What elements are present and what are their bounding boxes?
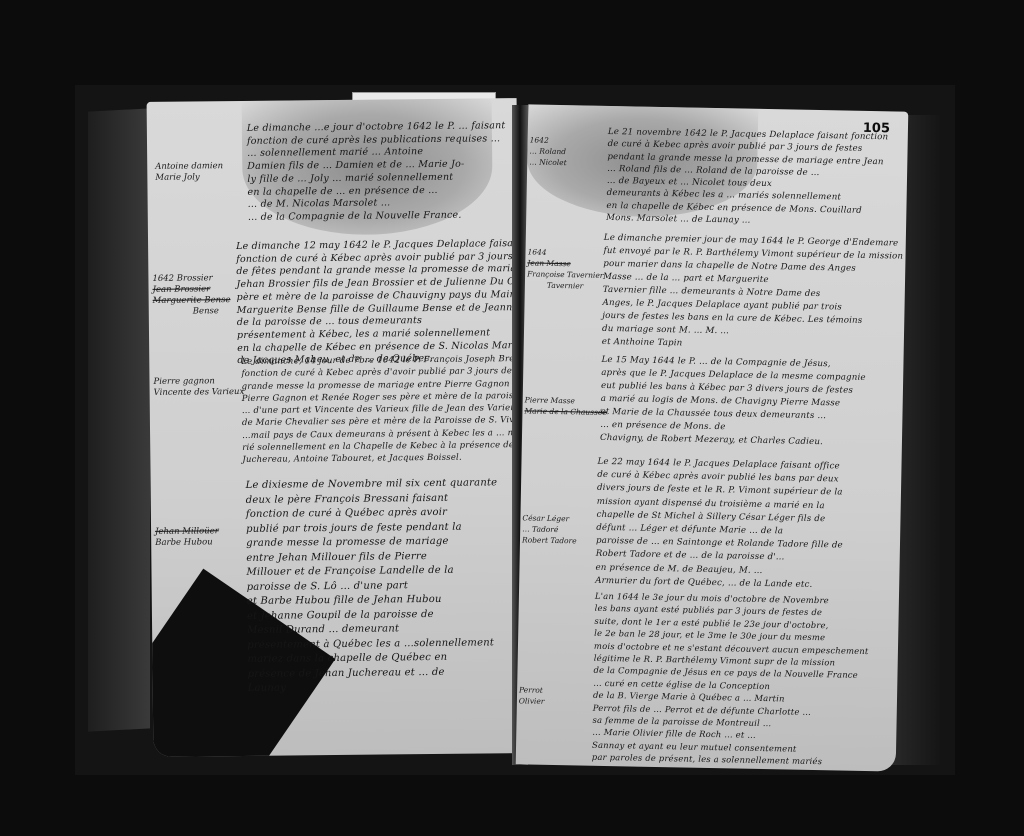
register-entry: Le dixiesme de Novembre mil six cent qua… (246, 476, 500, 696)
right-page: 105 1642 … Roland … Nicolet Le 21 novemb… (516, 104, 909, 771)
left-page: Antoine damien Marie Joly Le dimanche …e… (147, 98, 524, 757)
register-entry: Le dimanche, 14 jour de 7bre 1642 le P. … (241, 352, 523, 466)
margin-note: Antoine damien Marie Joly (155, 161, 223, 184)
register-entry: Le dimanche premier jour de may 1644 le … (602, 232, 904, 355)
margin-note: … Perrot … Olivier (516, 684, 545, 707)
margin-note: Pierre Masse Marie de la Chaussée (524, 394, 607, 418)
margin-note: César Léger … Tadoré Robert Tadore (522, 512, 577, 546)
margin-note: Jehan Milloüer Barbe Hubou (155, 526, 219, 549)
margin-note: Pierre gagnon Vincente des Varieux (153, 376, 244, 399)
register-entry: L'an 1644 le 3e jour du mois d'octobre d… (592, 590, 870, 769)
margin-note: 1642 … Roland … Nicolet (529, 134, 567, 168)
book-cover-left-edge (88, 108, 150, 731)
margin-note: 1644 Jean Masse Françoise Tavernier Tave… (527, 246, 604, 291)
margin-note: 1642 Brossier Jean Brossier Marguerite B… (152, 273, 230, 318)
register-entry: Le dimanche …e jour d'octobre 1642 le P.… (247, 120, 507, 224)
register-entry: Le 22 may 1644 le P. Jacques Delaplace f… (595, 456, 844, 593)
register-entry: Le 15 May 1644 le P. … de la Compagnie d… (600, 354, 866, 450)
register-entry: Le dimanche 12 may 1642 le P. Jacques De… (236, 237, 523, 368)
register-entry: Le 21 novembre 1642 le P. Jacques Delapl… (606, 126, 888, 230)
